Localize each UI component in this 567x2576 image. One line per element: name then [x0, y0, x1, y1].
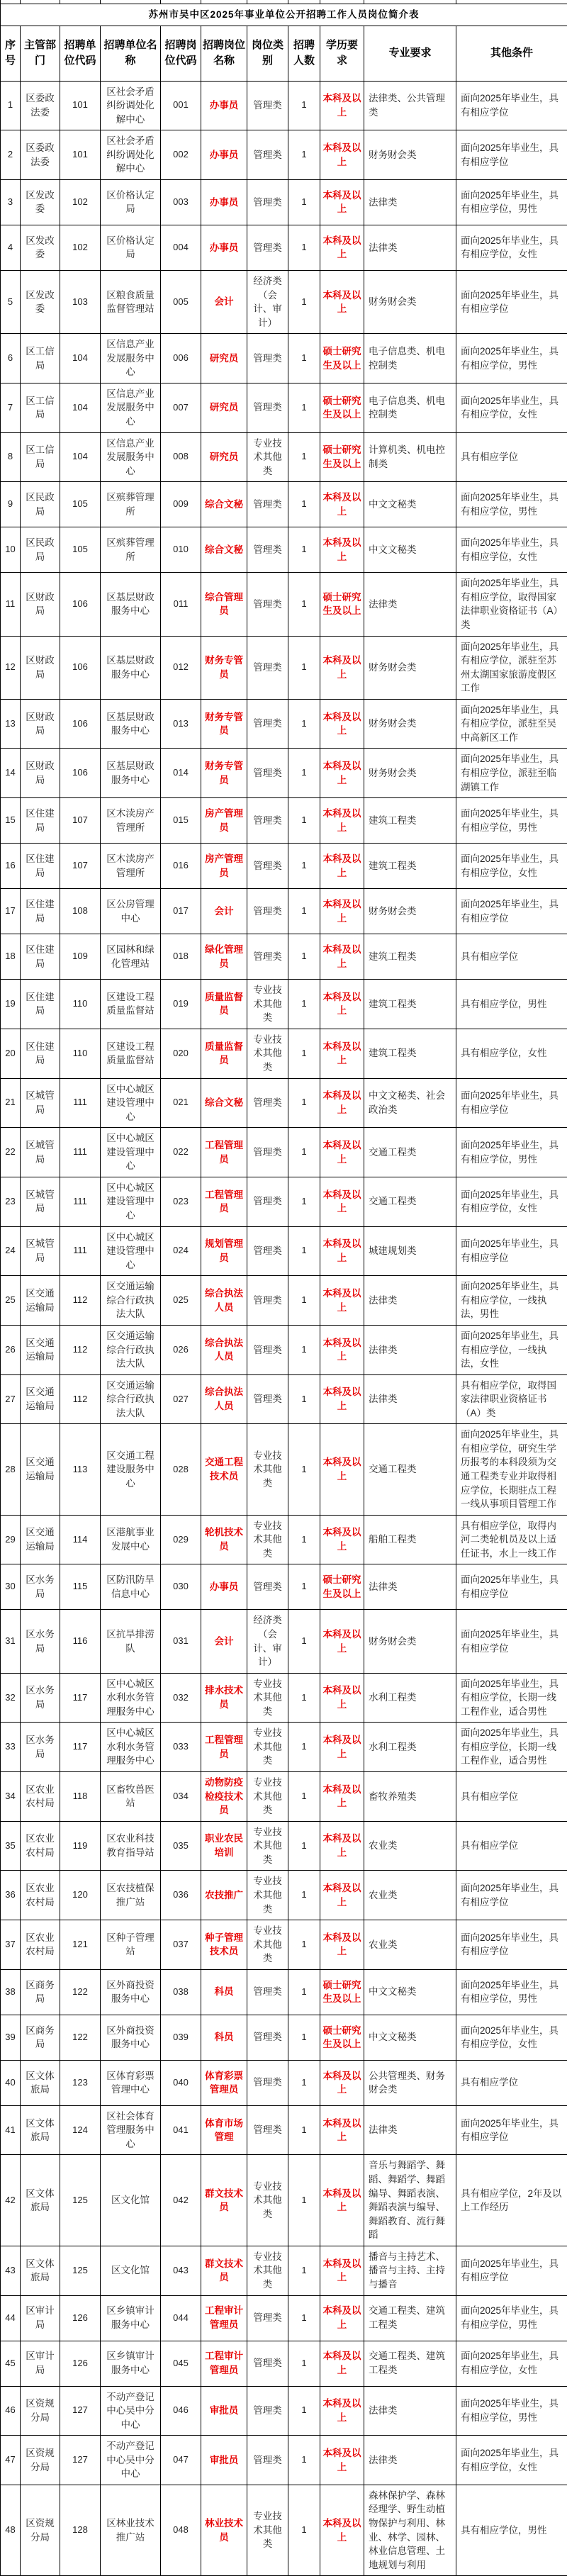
cell-post-code: 010: [161, 527, 201, 573]
cell-education: 本科及以上: [320, 130, 364, 180]
table-row: 30区水务局115区防汛防旱信息中心030办事员管理类1硕士研究生及以上法律类面…: [1, 1564, 567, 1610]
cell-major: 建筑工程类: [364, 934, 456, 980]
table-row: 46区资规分局127不动产登记中心吴中分中心046审批员管理类1本科及以上法律类…: [1, 2386, 567, 2436]
cell-education: 本科及以上: [320, 225, 364, 270]
cell-count: 1: [288, 383, 320, 432]
table-row: 10区民政局105区殡葬管理所010综合文秘管理类1本科及以上中文文秘类面向20…: [1, 527, 567, 573]
table-row: 14区财政局106区基层财政服务中心014财务专管员管理类1本科及以上财务财会类…: [1, 749, 567, 798]
page-title: 苏州市吴中区2025年事业单位公开招聘工作人员岗位简介表: [1, 4, 567, 26]
cell-unit-code: 124: [60, 2105, 101, 2155]
cell-unit-code: 107: [60, 798, 101, 844]
cell-post-code: 013: [161, 699, 201, 749]
cell-category: 管理类: [247, 1128, 288, 1177]
cell-major: 中文文秘类: [364, 527, 456, 573]
cell-post-code: 019: [161, 980, 201, 1029]
cell-unit-name: 区畜牧兽医站: [101, 1772, 161, 1822]
cell-post-name: 办事员: [201, 225, 247, 270]
cell-dept: 区农业农村局: [21, 1920, 60, 1970]
cell-major: 电子信息类、机电控制类: [364, 334, 456, 383]
cell-unit-name: 区园林和绿化管理站: [101, 934, 161, 980]
cell-post-name: 动物防疫检疫技术员: [201, 1772, 247, 1822]
cell-post-code: 046: [161, 2386, 201, 2436]
cell-seq: 6: [1, 334, 21, 383]
cell-unit-name: 区文化馆: [101, 2155, 161, 2246]
cell-dept: 区水务局: [21, 1673, 60, 1723]
cell-dept: 区委政法委: [21, 81, 60, 130]
cell-count: 1: [288, 1920, 320, 1970]
cell-dept: 区住建局: [21, 934, 60, 980]
cell-post-code: 038: [161, 1969, 201, 2015]
cell-education: 本科及以上: [320, 1226, 364, 1276]
cell-dept: 区文体旅局: [21, 2246, 60, 2295]
cell-dept: 区农业农村局: [21, 1821, 60, 1871]
cell-category: 管理类: [247, 636, 288, 699]
cell-category: 管理类: [247, 2295, 288, 2341]
cell-education: 本科及以上: [320, 934, 364, 980]
cell-major: 水利工程类: [364, 1673, 456, 1723]
cell-other: 面向2025年毕业生，具有相应学位，一线执法，女性: [456, 1325, 567, 1374]
positions-table: 苏州市吴中区2025年事业单位公开招聘工作人员岗位简介表 序号 主管部门 招聘单…: [0, 0, 567, 2576]
cell-other: 面向2025年毕业生，具有相应学位，女性: [456, 527, 567, 573]
cell-major: 交通工程类: [364, 1128, 456, 1177]
table-row: 32区水务局117区中心城区水利水务管理服务中心032排水技术员专业技术其他类1…: [1, 1673, 567, 1723]
cell-unit-name: 区公房管理中心: [101, 889, 161, 934]
table-row: 15区住建局107区木渎房产管理所015房产管理员管理类1本科及以上建筑工程类面…: [1, 798, 567, 844]
cell-dept: 区住建局: [21, 889, 60, 934]
table-row: 27区交通运输局112区交通运输综合行政执法大队027综合执法人员管理类1本科及…: [1, 1374, 567, 1424]
table-row: 26区交通运输局112区交通运输综合行政执法大队026综合执法人员管理类1本科及…: [1, 1325, 567, 1374]
cell-count: 1: [288, 1969, 320, 2015]
cell-other: 面向2025年毕业生，具有相应学位，男性: [456, 1969, 567, 2015]
cell-count: 1: [288, 1226, 320, 1276]
cell-education: 本科及以上: [320, 1871, 364, 1920]
cell-unit-code: 105: [60, 482, 101, 527]
cell-post-name: 农技推广: [201, 1871, 247, 1920]
cell-unit-name: 区木渎房产管理所: [101, 798, 161, 844]
cell-post-code: 003: [161, 179, 201, 225]
cell-unit-name: 区体育彩票管理中心: [101, 2060, 161, 2105]
cell-post-name: 质量监督员: [201, 980, 247, 1029]
cell-unit-name: 区社会矛盾纠纷调处化解中心: [101, 130, 161, 180]
cell-unit-name: 区文化馆: [101, 2246, 161, 2295]
cell-seq: 28: [1, 1424, 21, 1515]
cell-dept: 区住建局: [21, 798, 60, 844]
cell-other: 面向2025年毕业生，具有相应学位，取得国家法律职业资格证书（A）类: [456, 573, 567, 636]
cell-post-name: 会计: [201, 1610, 247, 1673]
cell-count: 1: [288, 2060, 320, 2105]
cell-post-code: 024: [161, 1226, 201, 1276]
cell-category: 管理类: [247, 130, 288, 180]
cell-unit-code: 125: [60, 2246, 101, 2295]
cell-unit-code: 111: [60, 1078, 101, 1128]
table-row: 22区城管局111区中心城区建设管理中心022工程管理员管理类1本科及以上交通工…: [1, 1128, 567, 1177]
cell-education: 本科及以上: [320, 1920, 364, 1970]
cell-unit-name: 区乡镇审计服务中心: [101, 2295, 161, 2341]
cell-post-name: 种子管理技术员: [201, 1920, 247, 1970]
cell-major: 法律类: [364, 225, 456, 270]
cell-education: 硕士研究生及以上: [320, 2015, 364, 2060]
column-header-category: 岗位类别: [247, 26, 288, 81]
header-row: 序号 主管部门 招聘单位代码 招聘单位名称 招聘岗位代码 招聘岗位名称 岗位类别…: [1, 26, 567, 81]
cell-dept: 区发改委: [21, 225, 60, 270]
cell-other: 具有相应学位: [456, 1821, 567, 1871]
cell-other: 面向2025年毕业生，具有相应学位，研究生学历报考的本科段须为交通工程类专业并取…: [456, 1424, 567, 1515]
cell-count: 1: [288, 1128, 320, 1177]
cell-education: 本科及以上: [320, 980, 364, 1029]
cell-education: 本科及以上: [320, 2155, 364, 2246]
cell-post-name: 工程审计管理员: [201, 2295, 247, 2341]
cell-count: 1: [288, 1029, 320, 1078]
cell-seq: 2: [1, 130, 21, 180]
column-header-other: 其他条件: [456, 26, 567, 81]
cell-major: 财务财会类: [364, 1610, 456, 1673]
cell-dept: 区资规分局: [21, 2436, 60, 2485]
cell-unit-code: 111: [60, 1128, 101, 1177]
cell-unit-code: 110: [60, 1029, 101, 1078]
cell-post-code: 007: [161, 383, 201, 432]
cell-major: 播音与主持艺术、播音与主持、主持与播音: [364, 2246, 456, 2295]
cell-education: 本科及以上: [320, 1424, 364, 1515]
cell-unit-name: 不动产登记中心吴中分中心: [101, 2386, 161, 2436]
table-row: 37区农业农村局121区种子管理站037种子管理技术员专业技术其他类1本科及以上…: [1, 1920, 567, 1970]
cell-dept: 区城管局: [21, 1078, 60, 1128]
cell-category: 专业技术其他类: [247, 1515, 288, 1564]
cell-education: 本科及以上: [320, 1128, 364, 1177]
cell-major: 中文文秘类: [364, 2015, 456, 2060]
cell-category: 专业技术其他类: [247, 1772, 288, 1822]
cell-education: 本科及以上: [320, 81, 364, 130]
cell-other: 面向2025年毕业生，具有相应学位，一线执法，男性: [456, 1276, 567, 1326]
cell-major: 法律类、公共管理类: [364, 81, 456, 130]
cell-post-name: 质量监督员: [201, 1029, 247, 1078]
cell-post-code: 043: [161, 2246, 201, 2295]
cell-major: 农业类: [364, 1821, 456, 1871]
cell-other: 具有相应学位，取得国家法律职业资格证书（A）类: [456, 1374, 567, 1424]
cell-dept: 区财政局: [21, 636, 60, 699]
cell-post-code: 035: [161, 1821, 201, 1871]
cell-unit-code: 126: [60, 2341, 101, 2386]
cell-seq: 44: [1, 2295, 21, 2341]
cell-unit-name: 区信息产业发展服务中心: [101, 383, 161, 432]
cell-unit-code: 101: [60, 130, 101, 180]
cell-post-name: 综合执法人员: [201, 1276, 247, 1326]
cell-post-code: 023: [161, 1177, 201, 1226]
cell-dept: 区民政局: [21, 527, 60, 573]
cell-seq: 35: [1, 1821, 21, 1871]
cell-post-code: 033: [161, 1723, 201, 1772]
cell-post-name: 科员: [201, 2015, 247, 2060]
cell-count: 1: [288, 1673, 320, 1723]
cell-other: 面向2025年毕业生，具有相应学位，派驻至临湖镇工作: [456, 749, 567, 798]
cell-education: 本科及以上: [320, 1673, 364, 1723]
cell-unit-code: 117: [60, 1673, 101, 1723]
table-row: 24区城管局111区中心城区建设管理中心024规划管理员管理类1本科及以上城建规…: [1, 1226, 567, 1276]
cell-unit-name: 区建设工程质量监督站: [101, 1029, 161, 1078]
cell-post-code: 037: [161, 1920, 201, 1970]
cell-post-code: 009: [161, 482, 201, 527]
cell-unit-code: 122: [60, 1969, 101, 2015]
cell-major: 音乐与舞蹈学、舞蹈、舞蹈学、舞蹈编导、舞蹈表演、舞蹈表演与编导、舞蹈教育、流行舞…: [364, 2155, 456, 2246]
cell-other: 面向2025年毕业生，具有相应学位，女性: [456, 225, 567, 270]
cell-other: 面向2025年毕业生，具有相应学位: [456, 130, 567, 180]
cell-major: 财务财会类: [364, 636, 456, 699]
column-header-major: 专业要求: [364, 26, 456, 81]
cell-unit-name: 区农业科技教育指导站: [101, 1821, 161, 1871]
cell-unit-name: 区社会体育管理服务中心: [101, 2105, 161, 2155]
cell-dept: 区发改委: [21, 179, 60, 225]
cell-count: 1: [288, 1723, 320, 1772]
cell-unit-name: 区港航事业发展中心: [101, 1515, 161, 1564]
cell-unit-name: 区基层财政服务中心: [101, 573, 161, 636]
column-header-education: 学历要求: [320, 26, 364, 81]
cell-unit-code: 114: [60, 1515, 101, 1564]
cell-post-code: 032: [161, 1673, 201, 1723]
cell-dept: 区文体旅局: [21, 2155, 60, 2246]
cell-post-name: 研究员: [201, 334, 247, 383]
cell-post-name: 轮机技术员: [201, 1515, 247, 1564]
cell-seq: 22: [1, 1128, 21, 1177]
cell-seq: 33: [1, 1723, 21, 1772]
cell-education: 硕士研究生及以上: [320, 334, 364, 383]
cell-post-name: 综合文秘: [201, 527, 247, 573]
cell-education: 本科及以上: [320, 270, 364, 333]
cell-post-name: 体育市场管理: [201, 2105, 247, 2155]
cell-post-code: 029: [161, 1515, 201, 1564]
cell-education: 本科及以上: [320, 482, 364, 527]
cell-count: 1: [288, 1374, 320, 1424]
cell-post-code: 012: [161, 636, 201, 699]
cell-seq: 21: [1, 1078, 21, 1128]
cell-other: 面向2025年毕业生，具有相应学位，女性: [456, 2015, 567, 2060]
cell-unit-code: 127: [60, 2386, 101, 2436]
cell-category: 专业技术其他类: [247, 2246, 288, 2295]
cell-seq: 42: [1, 2155, 21, 2246]
cell-count: 1: [288, 432, 320, 482]
cell-seq: 47: [1, 2436, 21, 2485]
table-row: 2区委政法委101区社会矛盾纠纷调处化解中心002办事员管理类1本科及以上财务财…: [1, 130, 567, 180]
table-row: 4区发改委102区价格认定局004办事员管理类1本科及以上法律类面向2025年毕…: [1, 225, 567, 270]
cell-category: 专业技术其他类: [247, 432, 288, 482]
cell-dept: 区商务局: [21, 1969, 60, 2015]
column-header-post-code: 招聘岗位代码: [161, 26, 201, 81]
cell-post-code: 030: [161, 1564, 201, 1610]
cell-seq: 20: [1, 1029, 21, 1078]
cell-major: 农业类: [364, 1920, 456, 1970]
cell-seq: 1: [1, 81, 21, 130]
table-row: 13区财政局106区基层财政服务中心013财务专管员管理类1本科及以上财务财会类…: [1, 699, 567, 749]
cell-count: 1: [288, 334, 320, 383]
table-row: 25区交通运输局112区交通运输综合行政执法大队025综合执法人员管理类1本科及…: [1, 1276, 567, 1326]
cell-unit-name: 区抗旱排涝队: [101, 1610, 161, 1673]
cell-unit-name: 区中心城区水利水务管理服务中心: [101, 1673, 161, 1723]
cell-education: 本科及以上: [320, 1374, 364, 1424]
cell-dept: 区水务局: [21, 1723, 60, 1772]
cell-seq: 11: [1, 573, 21, 636]
recruitment-roster-page: 苏州市吴中区2025年事业单位公开招聘工作人员岗位简介表 序号 主管部门 招聘单…: [0, 0, 567, 2576]
cell-category: 管理类: [247, 2060, 288, 2105]
cell-unit-name: 区外商投资服务中心: [101, 2015, 161, 2060]
table-row: 28区交通运输局113区交通工程建设服务中心028交通工程技术员专业技术其他类1…: [1, 1424, 567, 1515]
cell-unit-code: 101: [60, 81, 101, 130]
cell-post-code: 001: [161, 81, 201, 130]
cell-education: 本科及以上: [320, 2436, 364, 2485]
cell-other: 具有相应学位: [456, 432, 567, 482]
cell-unit-code: 118: [60, 1772, 101, 1822]
cell-major: 财务财会类: [364, 270, 456, 333]
cell-other: 面向2025年毕业生，具有相应学位，派驻至苏州太湖国家旅游度假区工作: [456, 636, 567, 699]
column-header-post-name: 招聘岗位名称: [201, 26, 247, 81]
column-header-count: 招聘人数: [288, 26, 320, 81]
table-row: 29区交通运输局114区港航事业发展中心029轮机技术员专业技术其他类1本科及以…: [1, 1515, 567, 1564]
cell-unit-name: 不动产登记中心吴中分中心: [101, 2436, 161, 2485]
cell-education: 本科及以上: [320, 2341, 364, 2386]
cell-unit-name: 区价格认定局: [101, 179, 161, 225]
cell-major: 法律类: [364, 1276, 456, 1326]
table-body: 1区委政法委101区社会矛盾纠纷调处化解中心001办事员管理类1本科及以上法律类…: [1, 81, 567, 2576]
cell-major: 法律类: [364, 179, 456, 225]
cell-count: 1: [288, 225, 320, 270]
cell-post-name: 排水技术员: [201, 1673, 247, 1723]
cell-category: 管理类: [247, 934, 288, 980]
cell-dept: 区文体旅局: [21, 2060, 60, 2105]
cell-category: 管理类: [247, 1078, 288, 1128]
cell-education: 本科及以上: [320, 2386, 364, 2436]
cell-post-code: 044: [161, 2295, 201, 2341]
cell-dept: 区住建局: [21, 844, 60, 889]
cell-unit-code: 117: [60, 1723, 101, 1772]
cell-major: 财务财会类: [364, 130, 456, 180]
cell-unit-name: 区价格认定局: [101, 225, 161, 270]
cell-post-name: 群文技术员: [201, 2155, 247, 2246]
cell-other: 面向2025年毕业生，具有相应学位，男性: [456, 798, 567, 844]
cell-education: 本科及以上: [320, 2295, 364, 2341]
cell-category: 经济类（会计、审计）: [247, 1610, 288, 1673]
cell-dept: 区财政局: [21, 699, 60, 749]
table-row: 6区工信局104区信息产业发展服务中心006研究员管理类1硕士研究生及以上电子信…: [1, 334, 567, 383]
cell-unit-code: 121: [60, 1920, 101, 1970]
cell-seq: 29: [1, 1515, 21, 1564]
cell-education: 本科及以上: [320, 1029, 364, 1078]
cell-education: 本科及以上: [320, 1772, 364, 1822]
cell-other: 具有相应学位，取得内河二类轮机员及以上适任证书，水上一线工作: [456, 1515, 567, 1564]
cell-dept: 区交通运输局: [21, 1325, 60, 1374]
table-row: 12区财政局106区基层财政服务中心012财务专管员管理类1本科及以上财务财会类…: [1, 636, 567, 699]
table-row: 38区商务局122区外商投资服务中心038科员管理类1硕士研究生及以上中文文秘类…: [1, 1969, 567, 2015]
table-row: 19区住建局110区建设工程质量监督站019质量监督员专业技术其他类1本科及以上…: [1, 980, 567, 1029]
cell-count: 1: [288, 482, 320, 527]
cell-dept: 区委政法委: [21, 130, 60, 180]
cell-major: 中文文秘类: [364, 1969, 456, 2015]
cell-other: 面向2025年毕业生，具有相应学位: [456, 81, 567, 130]
cell-post-code: 028: [161, 1424, 201, 1515]
cell-post-name: 办事员: [201, 130, 247, 180]
cell-education: 本科及以上: [320, 889, 364, 934]
cell-major: 中文文秘类、社会政治类: [364, 1078, 456, 1128]
cell-other: 面向2025年毕业生，具有相应学位，女性: [456, 2436, 567, 2485]
cell-other: 具有相应学位，女性: [456, 1029, 567, 1078]
cell-unit-code: 113: [60, 1424, 101, 1515]
cell-other: 面向2025年毕业生，具有相应学位，男性: [456, 179, 567, 225]
cell-post-name: 会计: [201, 889, 247, 934]
cell-seq: 38: [1, 1969, 21, 2015]
cell-other: 面向2025年毕业生，具有相应学位: [456, 1078, 567, 1128]
cell-other: 具有相应学位: [456, 1772, 567, 1822]
cell-post-code: 017: [161, 889, 201, 934]
cell-major: 农业类: [364, 1871, 456, 1920]
cell-seq: 45: [1, 2341, 21, 2386]
cell-major: 法律类: [364, 1325, 456, 1374]
cell-other: 具有相应学位，男性: [456, 980, 567, 1029]
cell-post-name: 办事员: [201, 81, 247, 130]
column-header-unit-name: 招聘单位名称: [101, 26, 161, 81]
cell-education: 本科及以上: [320, 1723, 364, 1772]
cell-education: 本科及以上: [320, 2060, 364, 2105]
cell-post-name: 综合执法人员: [201, 1374, 247, 1424]
cell-education: 本科及以上: [320, 1821, 364, 1871]
cell-count: 1: [288, 749, 320, 798]
cell-post-name: 工程审计管理员: [201, 2341, 247, 2386]
cell-seq: 43: [1, 2246, 21, 2295]
cell-category: 专业技术其他类: [247, 1424, 288, 1515]
cell-count: 1: [288, 934, 320, 980]
cell-other: 面向2025年毕业生，具有相应学位: [456, 889, 567, 934]
cell-post-code: 005: [161, 270, 201, 333]
cell-major: 财务财会类: [364, 889, 456, 934]
cell-unit-code: 102: [60, 225, 101, 270]
cell-post-name: 会计: [201, 270, 247, 333]
cell-dept: 区交通运输局: [21, 1515, 60, 1564]
table-row: 1区委政法委101区社会矛盾纠纷调处化解中心001办事员管理类1本科及以上法律类…: [1, 81, 567, 130]
cell-other: 面向2025年毕业生，具有相应学位，女性: [456, 1177, 567, 1226]
cell-unit-name: 区种子管理站: [101, 1920, 161, 1970]
cell-seq: 31: [1, 1610, 21, 1673]
cell-other: 面向2025年毕业生，具有相应学位，女性: [456, 844, 567, 889]
cell-unit-name: 区基层财政服务中心: [101, 636, 161, 699]
cell-other: 面向2025年毕业生，具有相应学位，男性: [456, 2386, 567, 2436]
cell-post-code: 034: [161, 1772, 201, 1822]
cell-education: 硕士研究生及以上: [320, 432, 364, 482]
cell-count: 1: [288, 270, 320, 333]
cell-seq: 8: [1, 432, 21, 482]
table-row: 41区文体旅局124区社会体育管理服务中心041体育市场管理管理类1本科及以上法…: [1, 2105, 567, 2155]
cell-dept: 区民政局: [21, 482, 60, 527]
cell-seq: 37: [1, 1920, 21, 1970]
cell-major: 森林保护学、森林经理学、野生动植物保护与利用、林业、林学、园林、林业信息管理、土…: [364, 2485, 456, 2575]
cell-count: 1: [288, 130, 320, 180]
cell-post-code: 041: [161, 2105, 201, 2155]
cell-seq: 4: [1, 225, 21, 270]
table-row: 48区资规分局128区林业技术推广站048林业技术员专业技术其他类1本科及以上森…: [1, 2485, 567, 2575]
cell-category: 专业技术其他类: [247, 1029, 288, 1078]
cell-major: 船舶工程类: [364, 1515, 456, 1564]
cell-education: 本科及以上: [320, 798, 364, 844]
cell-education: 本科及以上: [320, 2246, 364, 2295]
cell-count: 1: [288, 2015, 320, 2060]
cell-unit-name: 区殡葬管理所: [101, 527, 161, 573]
cell-category: 管理类: [247, 798, 288, 844]
cell-category: 管理类: [247, 2015, 288, 2060]
cell-unit-name: 区林业技术推广站: [101, 2485, 161, 2575]
cell-post-code: 027: [161, 1374, 201, 1424]
cell-major: 建筑工程类: [364, 798, 456, 844]
cell-seq: 46: [1, 2386, 21, 2436]
cell-education: 本科及以上: [320, 844, 364, 889]
cell-dept: 区水务局: [21, 1564, 60, 1610]
cell-post-code: 008: [161, 432, 201, 482]
cell-major: 建筑工程类: [364, 980, 456, 1029]
cell-other: 面向2025年毕业生，具有相应学位，女性: [456, 383, 567, 432]
cell-post-name: 工程管理员: [201, 1128, 247, 1177]
